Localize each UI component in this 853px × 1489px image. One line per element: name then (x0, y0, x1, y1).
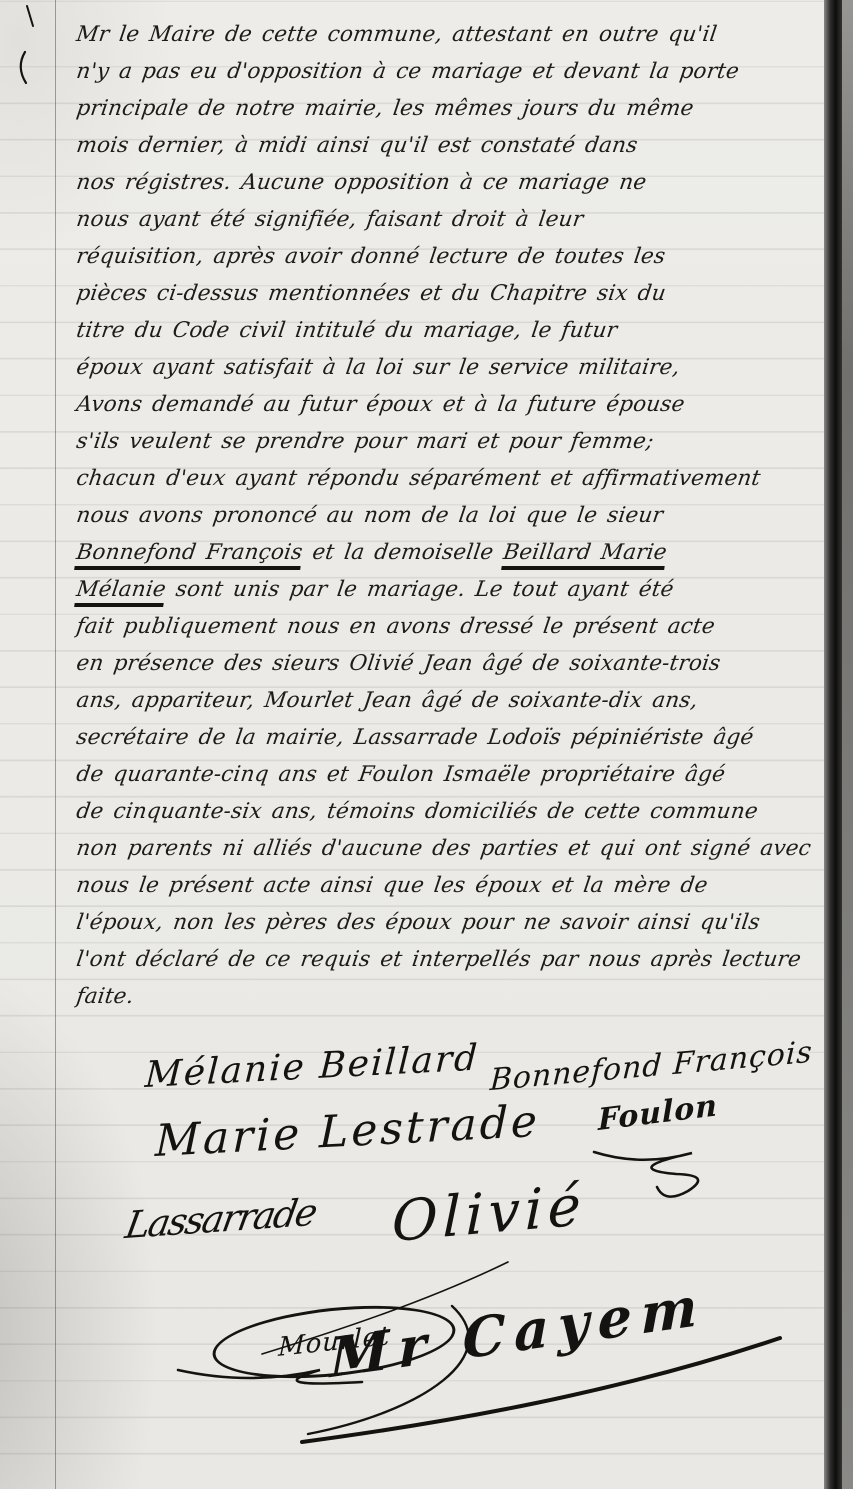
margin-pen-mark-icon (27, 6, 33, 26)
mayor-signature-swash (302, 1338, 780, 1442)
mourlet-underline-flourish (178, 1370, 362, 1384)
lassarrade-tail-flourish (262, 1262, 508, 1354)
book-binding-shadow-band (824, 0, 842, 1489)
ink-flourishes (0, 0, 853, 1489)
scanned-register-page: Mr le Maire de cette commune, attestant … (0, 0, 853, 1489)
mourlet-descending-swash (308, 1306, 469, 1434)
foulon-paraph-flourish (594, 1152, 698, 1197)
scanner-edge-strip (842, 0, 853, 1489)
margin-pen-mark-icon (21, 52, 26, 83)
